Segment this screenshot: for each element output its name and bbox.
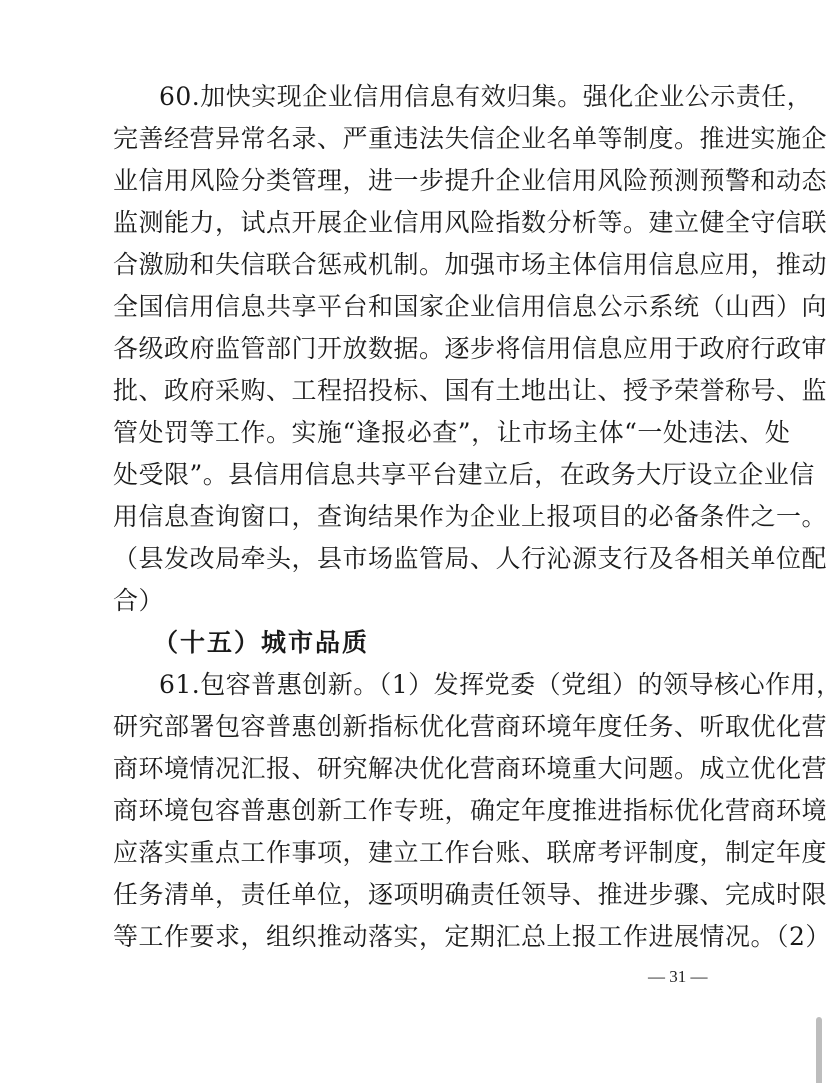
text-line: 60.加快实现企业信用信息有效归集。强化企业公示责任，	[113, 76, 733, 118]
text-line: 完善经营异常名录、严重违法失信企业名单等制度。推进实施企	[113, 118, 733, 160]
text-line: 用信息查询窗口，查询结果作为企业上报项目的必备条件之一。	[113, 496, 733, 538]
text-line: 业信用风险分类管理，进一步提升企业信用风险预测预警和动态	[113, 160, 733, 202]
text-line: 商环境包容普惠创新工作专班，确定年度推进指标优化营商环境	[113, 790, 733, 832]
section-heading: （十五）城市品质	[113, 622, 733, 664]
text-line: 批、政府采购、工程招投标、国有土地出让、授予荣誉称号、监	[113, 370, 733, 412]
document-body: 60.加快实现企业信用信息有效归集。强化企业公示责任， 完善经营异常名录、严重违…	[113, 76, 733, 958]
text-line: 监测能力，试点开展企业信用风险指数分析等。建立健全守信联	[113, 202, 733, 244]
vertical-scrollbar[interactable]	[814, 0, 828, 1083]
text-line: 任务清单，责任单位，逐项明确责任领导、推进步骤、完成时限	[113, 874, 733, 916]
text-line: 全国信用信息共享平台和国家企业信用信息公示系统（山西）向	[113, 286, 733, 328]
text-line: 各级政府监管部门开放数据。逐步将信用信息应用于政府行政审	[113, 328, 733, 370]
paragraph-60: 60.加快实现企业信用信息有效归集。强化企业公示责任， 完善经营异常名录、严重违…	[113, 76, 733, 622]
text-line: 等工作要求，组织推动落实，定期汇总上报工作进展情况。（2）	[113, 916, 733, 958]
scrollbar-thumb[interactable]	[816, 1017, 822, 1083]
text-line: 管处罚等工作。实施“逢报必查”，让市场主体“一处违法、处	[113, 412, 733, 454]
text-line: 处受限”。县信用信息共享平台建立后，在政务大厅设立企业信	[113, 454, 733, 496]
text-line: 合激励和失信联合惩戒机制。加强市场主体信用信息应用，推动	[113, 244, 733, 286]
paragraph-61: 61.包容普惠创新。（1）发挥党委（党组）的领导核心作用， 研究部署包容普惠创新…	[113, 664, 733, 958]
text-line: 合）	[113, 580, 733, 622]
text-line: 应落实重点工作事项，建立工作台账、联席考评制度，制定年度	[113, 832, 733, 874]
text-line: 研究部署包容普惠创新指标优化营商环境年度任务、听取优化营	[113, 706, 733, 748]
document-page: 60.加快实现企业信用信息有效归集。强化企业公示责任， 完善经营异常名录、严重违…	[0, 0, 828, 1083]
text-line: （县发改局牵头，县市场监管局、人行沁源支行及各相关单位配	[113, 538, 733, 580]
page-number: — 31 —	[648, 967, 708, 987]
text-line: 商环境情况汇报、研究解决优化营商环境重大问题。成立优化营	[113, 748, 733, 790]
text-line: 61.包容普惠创新。（1）发挥党委（党组）的领导核心作用，	[113, 664, 733, 706]
